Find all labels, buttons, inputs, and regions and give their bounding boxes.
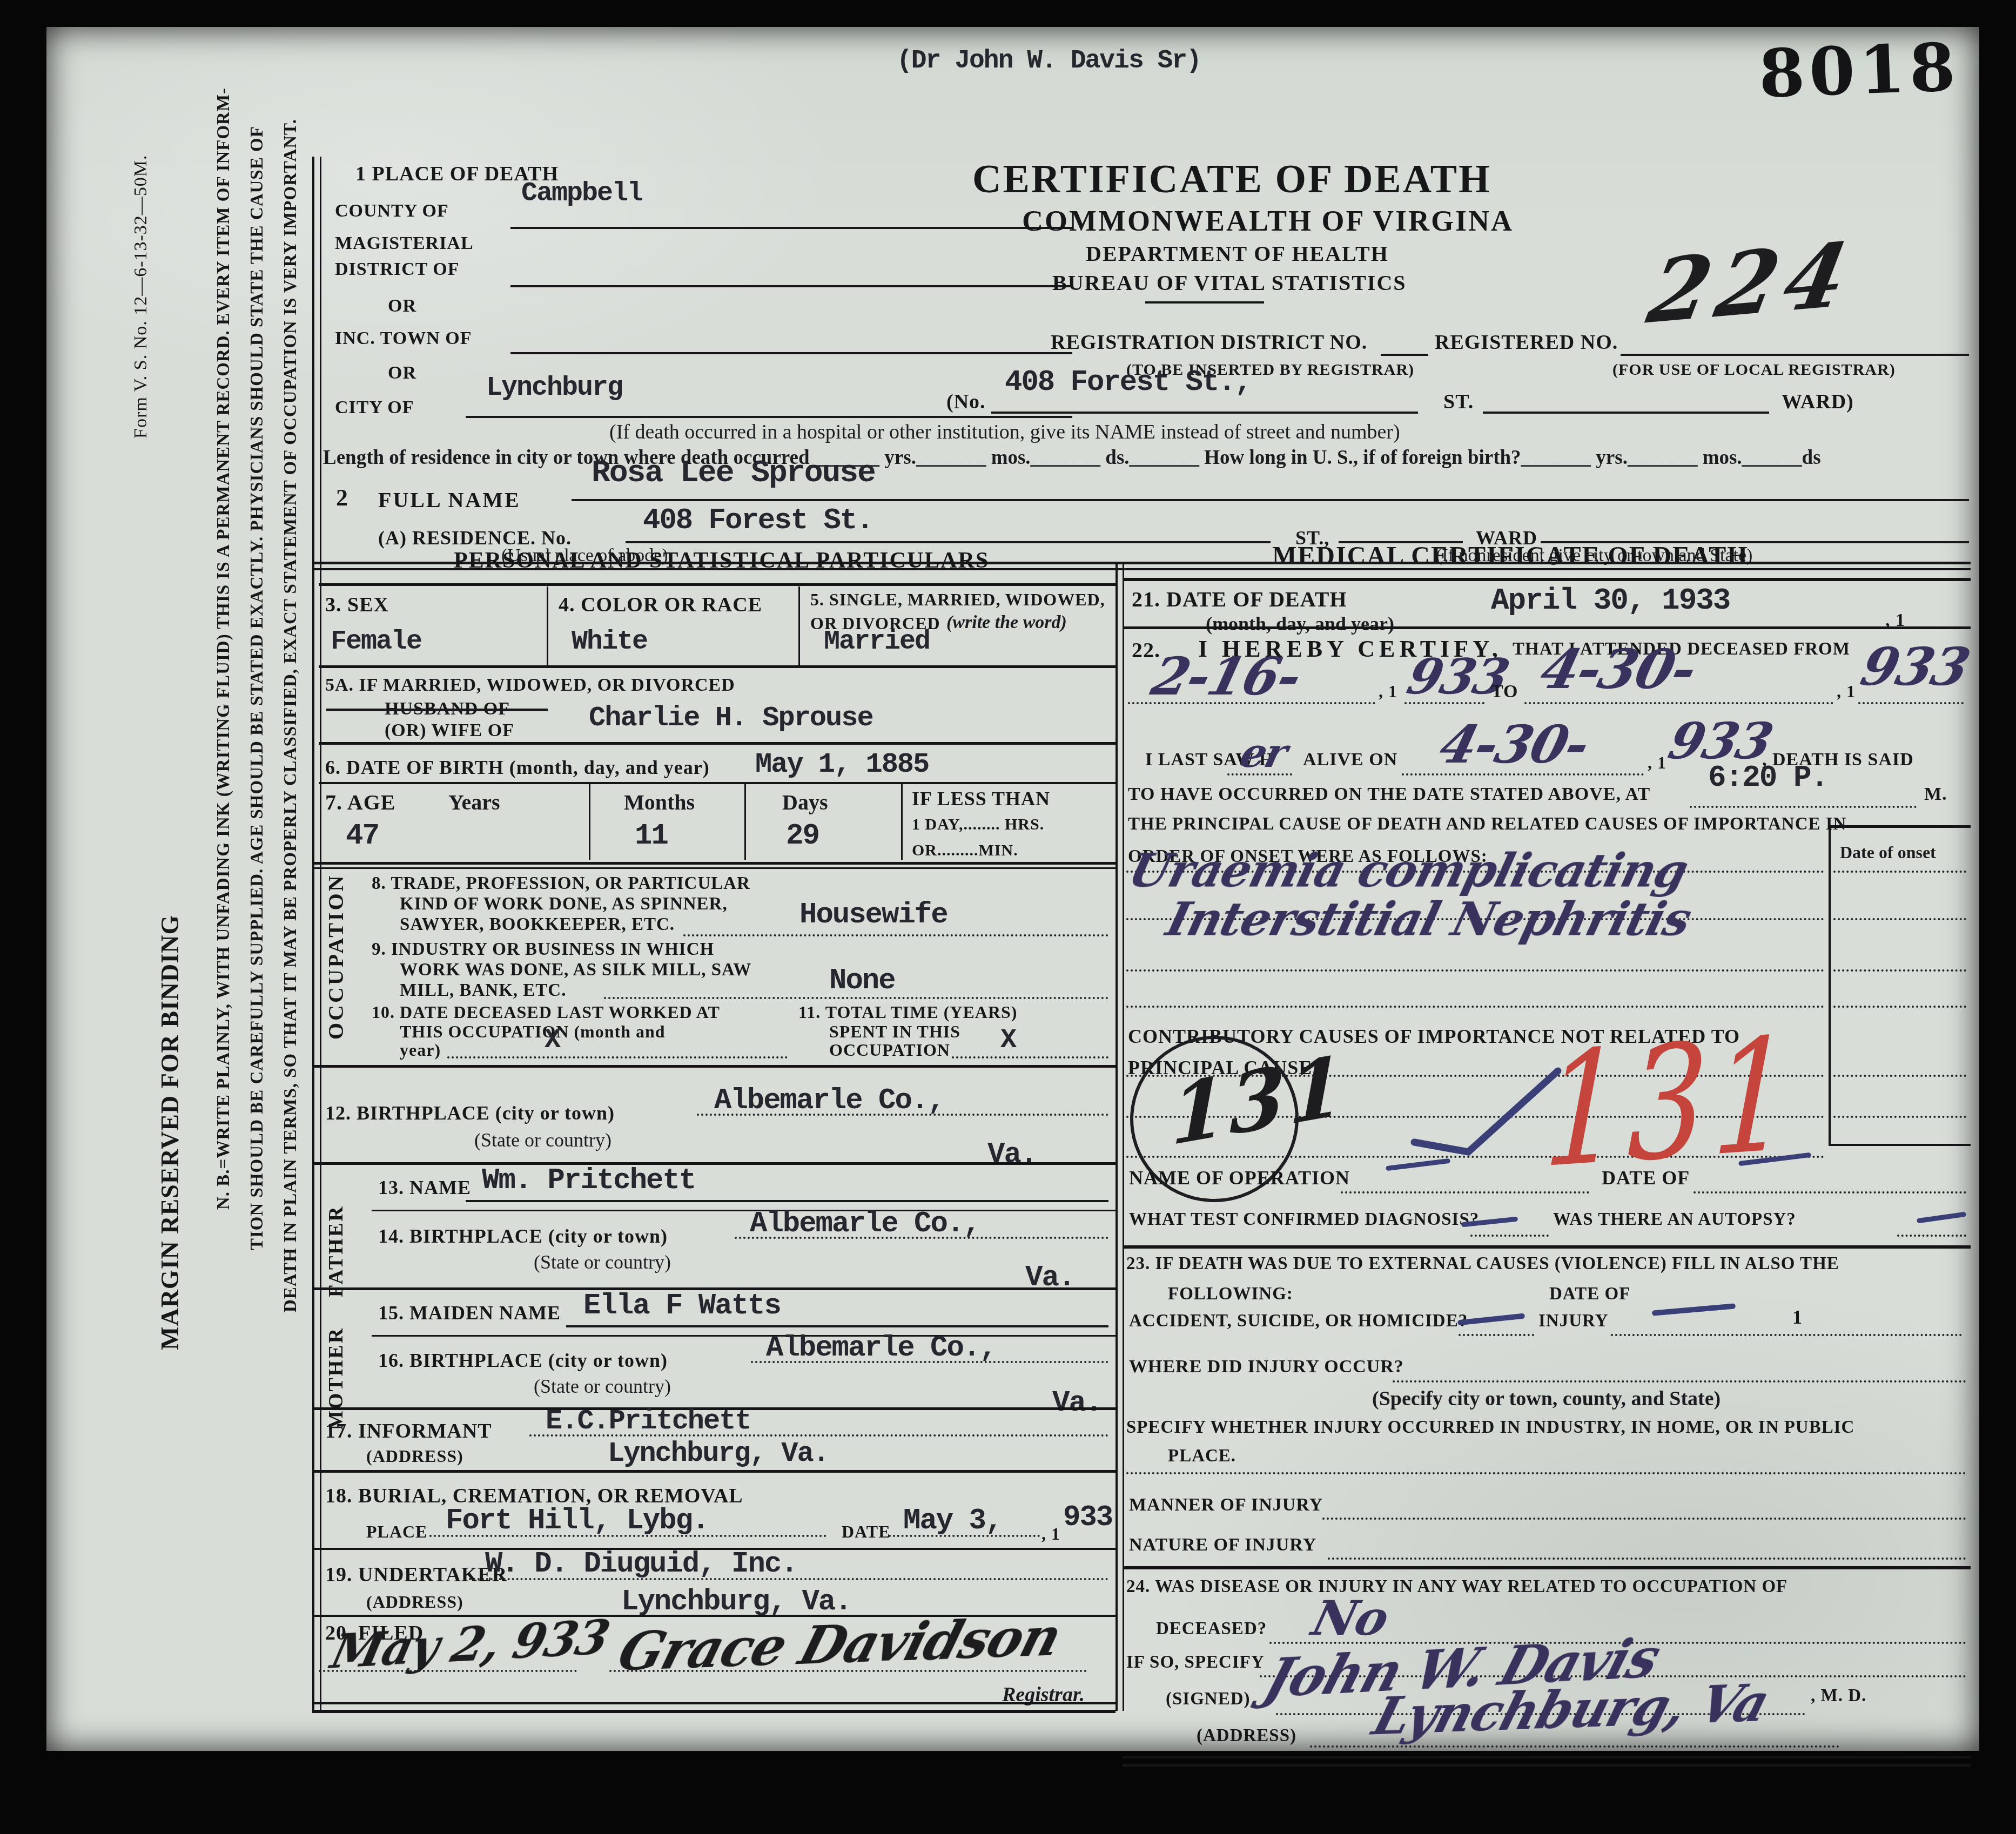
row18-date-label: DATE: [842, 1522, 891, 1542]
row10-label-3: year): [400, 1040, 441, 1060]
right-column-header: MEDICAL CERTIFICATE OF DEATH: [1272, 541, 1749, 571]
race-marital-divider: [798, 586, 800, 665]
bottom-rule-right-1: [1123, 1756, 1971, 1758]
row20-date-dotted: [319, 1670, 577, 1672]
row22-to-year-prefix: , 1: [1837, 682, 1856, 702]
street-no-label: (No.: [946, 390, 986, 414]
row9-label-3: MILL, BANK, ETC.: [400, 981, 566, 1001]
row22-from-year-dotted: [1405, 702, 1484, 704]
county-line: [510, 227, 1072, 229]
county-label: COUNTY OF: [335, 201, 449, 221]
manner-dotted: [1322, 1518, 1966, 1520]
row7-bottom-rule-1: [312, 862, 1115, 865]
row12-bottom-rule: [312, 1162, 1115, 1165]
hospital-caption: (If death occurred in a hospital or othe…: [609, 420, 1400, 444]
registration-district-label: REGISTRATION DISTRICT NO.: [1051, 331, 1367, 354]
injury-label: INJURY: [1538, 1311, 1609, 1331]
header-divider-rule: [1145, 301, 1264, 304]
age-years-value: 47: [346, 820, 379, 853]
where-injury-subcaption: (Specify city or town, county, and State…: [1372, 1387, 1721, 1411]
months-label: Months: [624, 790, 695, 815]
full-name-line: [572, 499, 1969, 501]
injury-dotted: [1611, 1334, 1962, 1336]
attended-to-year-handwriting: 933: [1855, 636, 1975, 697]
test-dotted: [1470, 1235, 1549, 1237]
row16-subcaption: (State or country): [534, 1375, 671, 1398]
if-less-label-2: 1 DAY,........ HRS.: [912, 815, 1044, 834]
row15-value: Ella F Watts: [583, 1290, 781, 1323]
age-divider-3: [901, 784, 903, 860]
sex-label: 3. SEX: [325, 593, 389, 617]
occurred-m-label: M.: [1924, 784, 1947, 805]
manner-label: MANNER OF INJURY: [1129, 1495, 1323, 1515]
accident-dotted: [1459, 1334, 1534, 1336]
margin-reserved-note: MARGIN RESERVED FOR BINDING: [156, 702, 184, 1350]
commonwealth-subtitle: COMMONWEALTH OF VIRGINA: [1022, 204, 1514, 238]
row24-label-1: 24. WAS DISEASE OR INJURY IN ANY WAY REL…: [1126, 1577, 1787, 1597]
row22-number: 22.: [1132, 637, 1160, 663]
row18-place-value: Fort Hill, Lybg.: [446, 1505, 708, 1538]
row24-label-2: DECEASED?: [1156, 1619, 1267, 1639]
row13-value: Wm. Pritchett: [482, 1164, 695, 1197]
county-value: Campbell: [521, 178, 642, 209]
last-saw-dotted: [1402, 773, 1644, 776]
right-header-rule: [1123, 578, 1971, 581]
race-value: White: [572, 626, 647, 657]
address-label: (ADDRESS): [1197, 1726, 1296, 1746]
row20-signature-dotted: [609, 1670, 1087, 1672]
injury-suffix: 1: [1792, 1306, 1803, 1329]
if-so-label: IF SO, SPECIFY: [1126, 1653, 1265, 1673]
nb-note-line-1: N. B.=WRITE PLAINLY, WITH UNFADING INK (…: [214, 124, 234, 1210]
residence-value: 408 Forest St.: [643, 504, 873, 537]
row17-bottom-rule: [312, 1470, 1115, 1473]
row13-label: 13. NAME: [378, 1176, 471, 1199]
left-header-rule: [319, 583, 1115, 586]
bureau-line: BUREAU OF VITAL STATISTICS: [1052, 270, 1407, 295]
full-name-number: 2: [336, 484, 348, 511]
if-less-label-1: IF LESS THAN: [912, 787, 1050, 810]
row24-no-handwriting: No: [1307, 1590, 1394, 1646]
onset-box-bottom: [1829, 1144, 1971, 1146]
registered-no-line: [1621, 354, 1969, 356]
registration-district-line: [1381, 354, 1428, 356]
sex-race-divider: [547, 586, 548, 665]
bottom-rule-left-1: [312, 1702, 1115, 1704]
row23-bottom-rule: [1123, 1566, 1971, 1569]
row19-address-label: (ADDRESS): [366, 1592, 463, 1612]
row18-year-value: 933: [1063, 1501, 1112, 1534]
ink-check-mark: [1405, 1061, 1567, 1158]
onset-dotted-2: [1833, 918, 1966, 920]
row17-value: E.C.Pritchett: [546, 1405, 751, 1437]
dob-label: 6. DATE OF BIRTH (month, day, and year): [325, 756, 710, 779]
row16-value: Albemarle Co.,: [766, 1332, 996, 1365]
row8-label-1: 8. TRADE, PROFESSION, OR PARTICULAR: [372, 874, 750, 894]
row19-label: 19. UNDERTAKER: [325, 1563, 507, 1587]
row17-dotted-line: [529, 1434, 1108, 1437]
onset-dotted-6: [1833, 1116, 1966, 1118]
principal-cause-label-1: THE PRINCIPAL CAUSE OF DEATH AND RELATED…: [1128, 814, 1846, 834]
magisterial-label-1: MAGISTERIAL: [335, 233, 474, 254]
date-of-death-value: April 30, 1933: [1491, 583, 1730, 618]
operation-date-label: DATE OF: [1602, 1167, 1690, 1189]
attended-to-date-handwriting: 4-30-: [1534, 637, 1702, 701]
days-label: Days: [782, 790, 828, 815]
race-label: 4. COLOR OR RACE: [559, 593, 762, 617]
operation-dotted: [1341, 1191, 1589, 1194]
age-divider-1: [589, 784, 590, 860]
registered-no-label: REGISTERED NO.: [1435, 331, 1618, 354]
left-border-outer: [312, 157, 314, 1712]
row23-label-2: FOLLOWING:: [1168, 1284, 1293, 1304]
if-less-label-3: OR.........MIN.: [912, 841, 1018, 860]
row9-value: None: [829, 965, 895, 997]
row22-to-label: TO: [1491, 682, 1518, 702]
marital-label-3: (write the word): [946, 612, 1067, 633]
city-line: [466, 416, 1072, 418]
full-name-value: Rosa Lee Sprouse: [592, 456, 875, 491]
marital-label-1: 5. SINGLE, MARRIED, WIDOWED,: [810, 590, 1105, 610]
attended-from-date-handwriting: 2-16-: [1146, 646, 1307, 707]
row11-label-3: OCCUPATION: [829, 1040, 950, 1060]
row9-label-1: 9. INDUSTRY OR BUSINESS IN WHICH: [372, 940, 714, 960]
nature-label: NATURE OF INJURY: [1129, 1535, 1316, 1555]
row21-label: 21. DATE OF DEATH: [1132, 586, 1347, 612]
onset-dotted-1: [1833, 871, 1966, 873]
nature-dotted: [1328, 1557, 1966, 1560]
row15-label: 15. MAIDEN NAME: [378, 1302, 561, 1324]
specify-dotted: [1126, 1472, 1966, 1474]
row8-value: Housewife: [799, 899, 947, 932]
row14-value: Albemarle Co.,: [750, 1208, 980, 1240]
row12-label: 12. BIRTHPLACE (city or town): [325, 1102, 615, 1124]
row13-line: [466, 1200, 1108, 1202]
row18-year-prefix: , 1: [1041, 1524, 1060, 1544]
city-label: CITY OF: [335, 397, 414, 418]
row18-date-value: May 3,: [903, 1505, 1002, 1538]
autopsy-dotted: [1897, 1235, 1966, 1237]
city-value: Lynchburg: [486, 373, 622, 403]
row6-bottom-rule: [319, 782, 1115, 784]
row23-date-of-label: DATE OF: [1549, 1284, 1630, 1304]
residence-line: [626, 541, 1271, 543]
onset-box-left: [1829, 825, 1831, 1146]
street-line: [991, 412, 1418, 414]
row16-label: 16. BIRTHPLACE (city or town): [378, 1349, 668, 1372]
residence-length-line: Length of residence in city or town wher…: [323, 446, 1821, 469]
column-divider-outer: [1115, 562, 1118, 1711]
cause-of-death-line-2: Interstitial Nephritis: [1161, 892, 1696, 947]
age-days-value: 29: [786, 820, 819, 853]
row10-dotted-line: [447, 1056, 788, 1058]
signed-label: (SIGNED): [1166, 1689, 1251, 1709]
row14-dotted-line: [735, 1237, 1108, 1239]
row14-subcaption: (State or country): [534, 1251, 671, 1273]
row8-label-2: KIND OF WORK DONE, AS SPINNER,: [400, 894, 728, 914]
row12-value-2: Va.: [987, 1138, 1037, 1171]
row16-value-2: Va.: [1052, 1387, 1101, 1420]
st-line: [1483, 412, 1769, 414]
row11-label-1: 11. TOTAL TIME (YEARS): [798, 1002, 1018, 1022]
row11-dotted-line: [952, 1056, 1108, 1058]
row16-dotted-line: [751, 1361, 1108, 1363]
spouse-value: Charlie H. Sprouse: [589, 702, 873, 734]
onset-box-top: [1829, 825, 1971, 828]
test-label: WHAT TEST CONFIRMED DIAGNOSIS?: [1129, 1210, 1479, 1230]
or-label-2: OR: [388, 363, 416, 383]
full-name-label: FULL NAME: [378, 487, 521, 513]
operation-label: NAME OF OPERATION: [1129, 1167, 1350, 1189]
time-of-death-value: 6:20 P.: [1708, 760, 1827, 795]
address-dotted: [1310, 1745, 1839, 1748]
age-months-value: 11: [635, 820, 668, 853]
row8-dotted-line: [683, 934, 1108, 936]
doctor-annotation: (Dr John W. Davis Sr): [897, 46, 1201, 76]
local-registrar-caption: (FOR USE OF LOCAL REGISTRAR): [1612, 361, 1896, 379]
row19-dotted-line: [469, 1578, 1108, 1580]
magisterial-label-2: DISTRICT OF: [335, 259, 460, 280]
onset-dotted-3: [1833, 969, 1966, 972]
cause-dotted-4: [1126, 1006, 1824, 1008]
age-label: 7. AGE: [325, 790, 395, 815]
husband-strike-mark: [326, 709, 548, 711]
occurred-label: TO HAVE OCCURRED ON THE DATE STATED ABOV…: [1128, 784, 1650, 805]
row21-bottom-rule: [1123, 626, 1971, 629]
md-label: , M. D.: [1811, 1686, 1866, 1706]
row17-address-value: Lynchburg, Va.: [608, 1438, 829, 1469]
row22-to-year-dotted: [1858, 702, 1964, 704]
row10-value: X: [545, 1025, 560, 1056]
left-column-header: PERSONAL AND STATISTICAL PARTICULARS: [454, 548, 989, 574]
last-saw-label-2: ALIVE ON: [1303, 750, 1397, 770]
or-label-1: OR: [388, 296, 416, 316]
operation-date-dotted: [1694, 1191, 1966, 1194]
age-divider-2: [744, 784, 746, 860]
cause-dotted-3: [1126, 969, 1824, 972]
row18-place-label: PLACE: [366, 1522, 427, 1542]
file-number-stamp: 8018: [1758, 28, 1961, 113]
row22-to-dotted: [1524, 702, 1833, 704]
row14-label: 14. BIRTHPLACE (city or town): [378, 1225, 668, 1248]
inc-town-line: [510, 352, 1072, 354]
last-saw-h-dotted: [1227, 773, 1292, 776]
street-value: 408 Forest St.,: [1005, 366, 1251, 399]
row18-date-dotted: [889, 1535, 1040, 1537]
specify-label-2: PLACE.: [1168, 1446, 1236, 1466]
last-saw-date-handwriting: 4-30-: [1434, 714, 1595, 775]
st-label: ST.: [1443, 390, 1474, 414]
where-injury-label: WHERE DID INJURY OCCUR?: [1129, 1357, 1404, 1377]
row23-label-1: 23. IF DEATH WAS DUE TO EXTERNAL CAUSES …: [1126, 1254, 1839, 1274]
nb-note-line-2: TION SHOULD BE CAREFULLY SUPPLIED. AGE S…: [247, 149, 267, 1250]
row21-subcaption: (month, day, and year): [1206, 612, 1394, 635]
left-border-inner: [320, 157, 321, 1712]
row8-label-3: SAWYER, BOOKKEEPER, ETC.: [400, 915, 675, 935]
row12-dotted-line: [697, 1114, 1108, 1116]
accident-label: ACCIDENT, SUICIDE, OR HOMICIDE?: [1129, 1311, 1468, 1331]
row12-value: Albemarle Co.,: [714, 1084, 944, 1117]
certificate-title: CERTIFICATE OF DEATH: [972, 157, 1491, 203]
bottom-rule-left-2: [312, 1710, 1115, 1713]
registered-no-value: 224: [1641, 222, 1863, 344]
occurred-dotted: [1690, 806, 1917, 808]
onset-dotted-5: [1833, 1075, 1966, 1077]
scanned-death-certificate: Form V. S. No. 12—6-13-32—50M. MARGIN RE…: [0, 0, 2016, 1834]
cause-of-death-line-1: Uraemia complicating: [1123, 844, 1693, 898]
wife-of-label: (OR) WIFE OF: [385, 720, 514, 741]
where-injury-dotted: [1393, 1380, 1966, 1383]
row13-bottom-rule: [372, 1210, 1115, 1211]
row12-subcaption: (State or country): [474, 1129, 611, 1151]
row17-address-label: (ADDRESS): [366, 1446, 463, 1466]
occupation-bottom-rule: [312, 1065, 1115, 1068]
bottom-rule-right-2: [1123, 1764, 1971, 1767]
magisterial-line: [510, 285, 1072, 287]
years-label: Years: [448, 790, 500, 815]
row15-bottom-rule: [372, 1335, 1115, 1337]
row7-bottom-rule-2: [312, 867, 1115, 869]
father-side-label: FATHER: [324, 1168, 348, 1297]
department-line: DEPARTMENT OF HEALTH: [1086, 241, 1389, 266]
row17-label: 17. INFORMANT: [325, 1419, 492, 1443]
onset-dotted-4: [1833, 1006, 1966, 1008]
row22-from-dotted: [1128, 702, 1375, 704]
row10-label-2: THIS OCCUPATION (month and: [400, 1022, 666, 1042]
row22-from-year-prefix: , 1: [1379, 682, 1397, 702]
dob-value: May 1, 1885: [755, 749, 929, 780]
row22-bottom-rule: [1123, 1245, 1971, 1249]
autopsy-label: WAS THERE AN AUTOPSY?: [1553, 1210, 1796, 1230]
row11-value: X: [1000, 1025, 1016, 1056]
nb-note-line-3: DEATH IN PLAIN TERMS, SO THAT IT MAY BE …: [281, 140, 301, 1312]
occupation-side-label: OCCUPATION: [323, 861, 348, 1040]
row19-value: W. D. Diuguid, Inc.: [485, 1548, 797, 1581]
row345-bottom-rule: [319, 665, 1115, 668]
onset-header: Date of onset: [1840, 842, 1936, 862]
row19-address-value: Lynchburg, Va.: [621, 1586, 851, 1619]
specify-label-1: SPECIFY WHETHER INJURY OCCURRED IN INDUS…: [1126, 1418, 1854, 1438]
row10-label-1: 10. DATE DECEASED LAST WORKED AT: [372, 1002, 720, 1022]
row18-place-dotted: [429, 1535, 826, 1537]
row5a-bottom-rule: [319, 742, 1115, 745]
column-divider-inner: [1123, 562, 1124, 1711]
sex-value: Female: [331, 626, 421, 657]
row11-label-2: SPENT IN THIS: [829, 1022, 960, 1042]
row15-line: [566, 1325, 1108, 1327]
row9-label-2: WORK WAS DONE, AS SILK MILL, SAW: [400, 960, 751, 980]
ward-label: WARD): [1782, 390, 1854, 414]
row5a-label: 5A. IF MARRIED, WIDOWED, OR DIVORCED: [325, 675, 735, 696]
form-number-line: Form V. S. No. 12—6-13-32—50M.: [131, 147, 151, 439]
inc-town-label: INC. TOWN OF: [335, 328, 472, 349]
marital-value: Married: [824, 626, 930, 657]
